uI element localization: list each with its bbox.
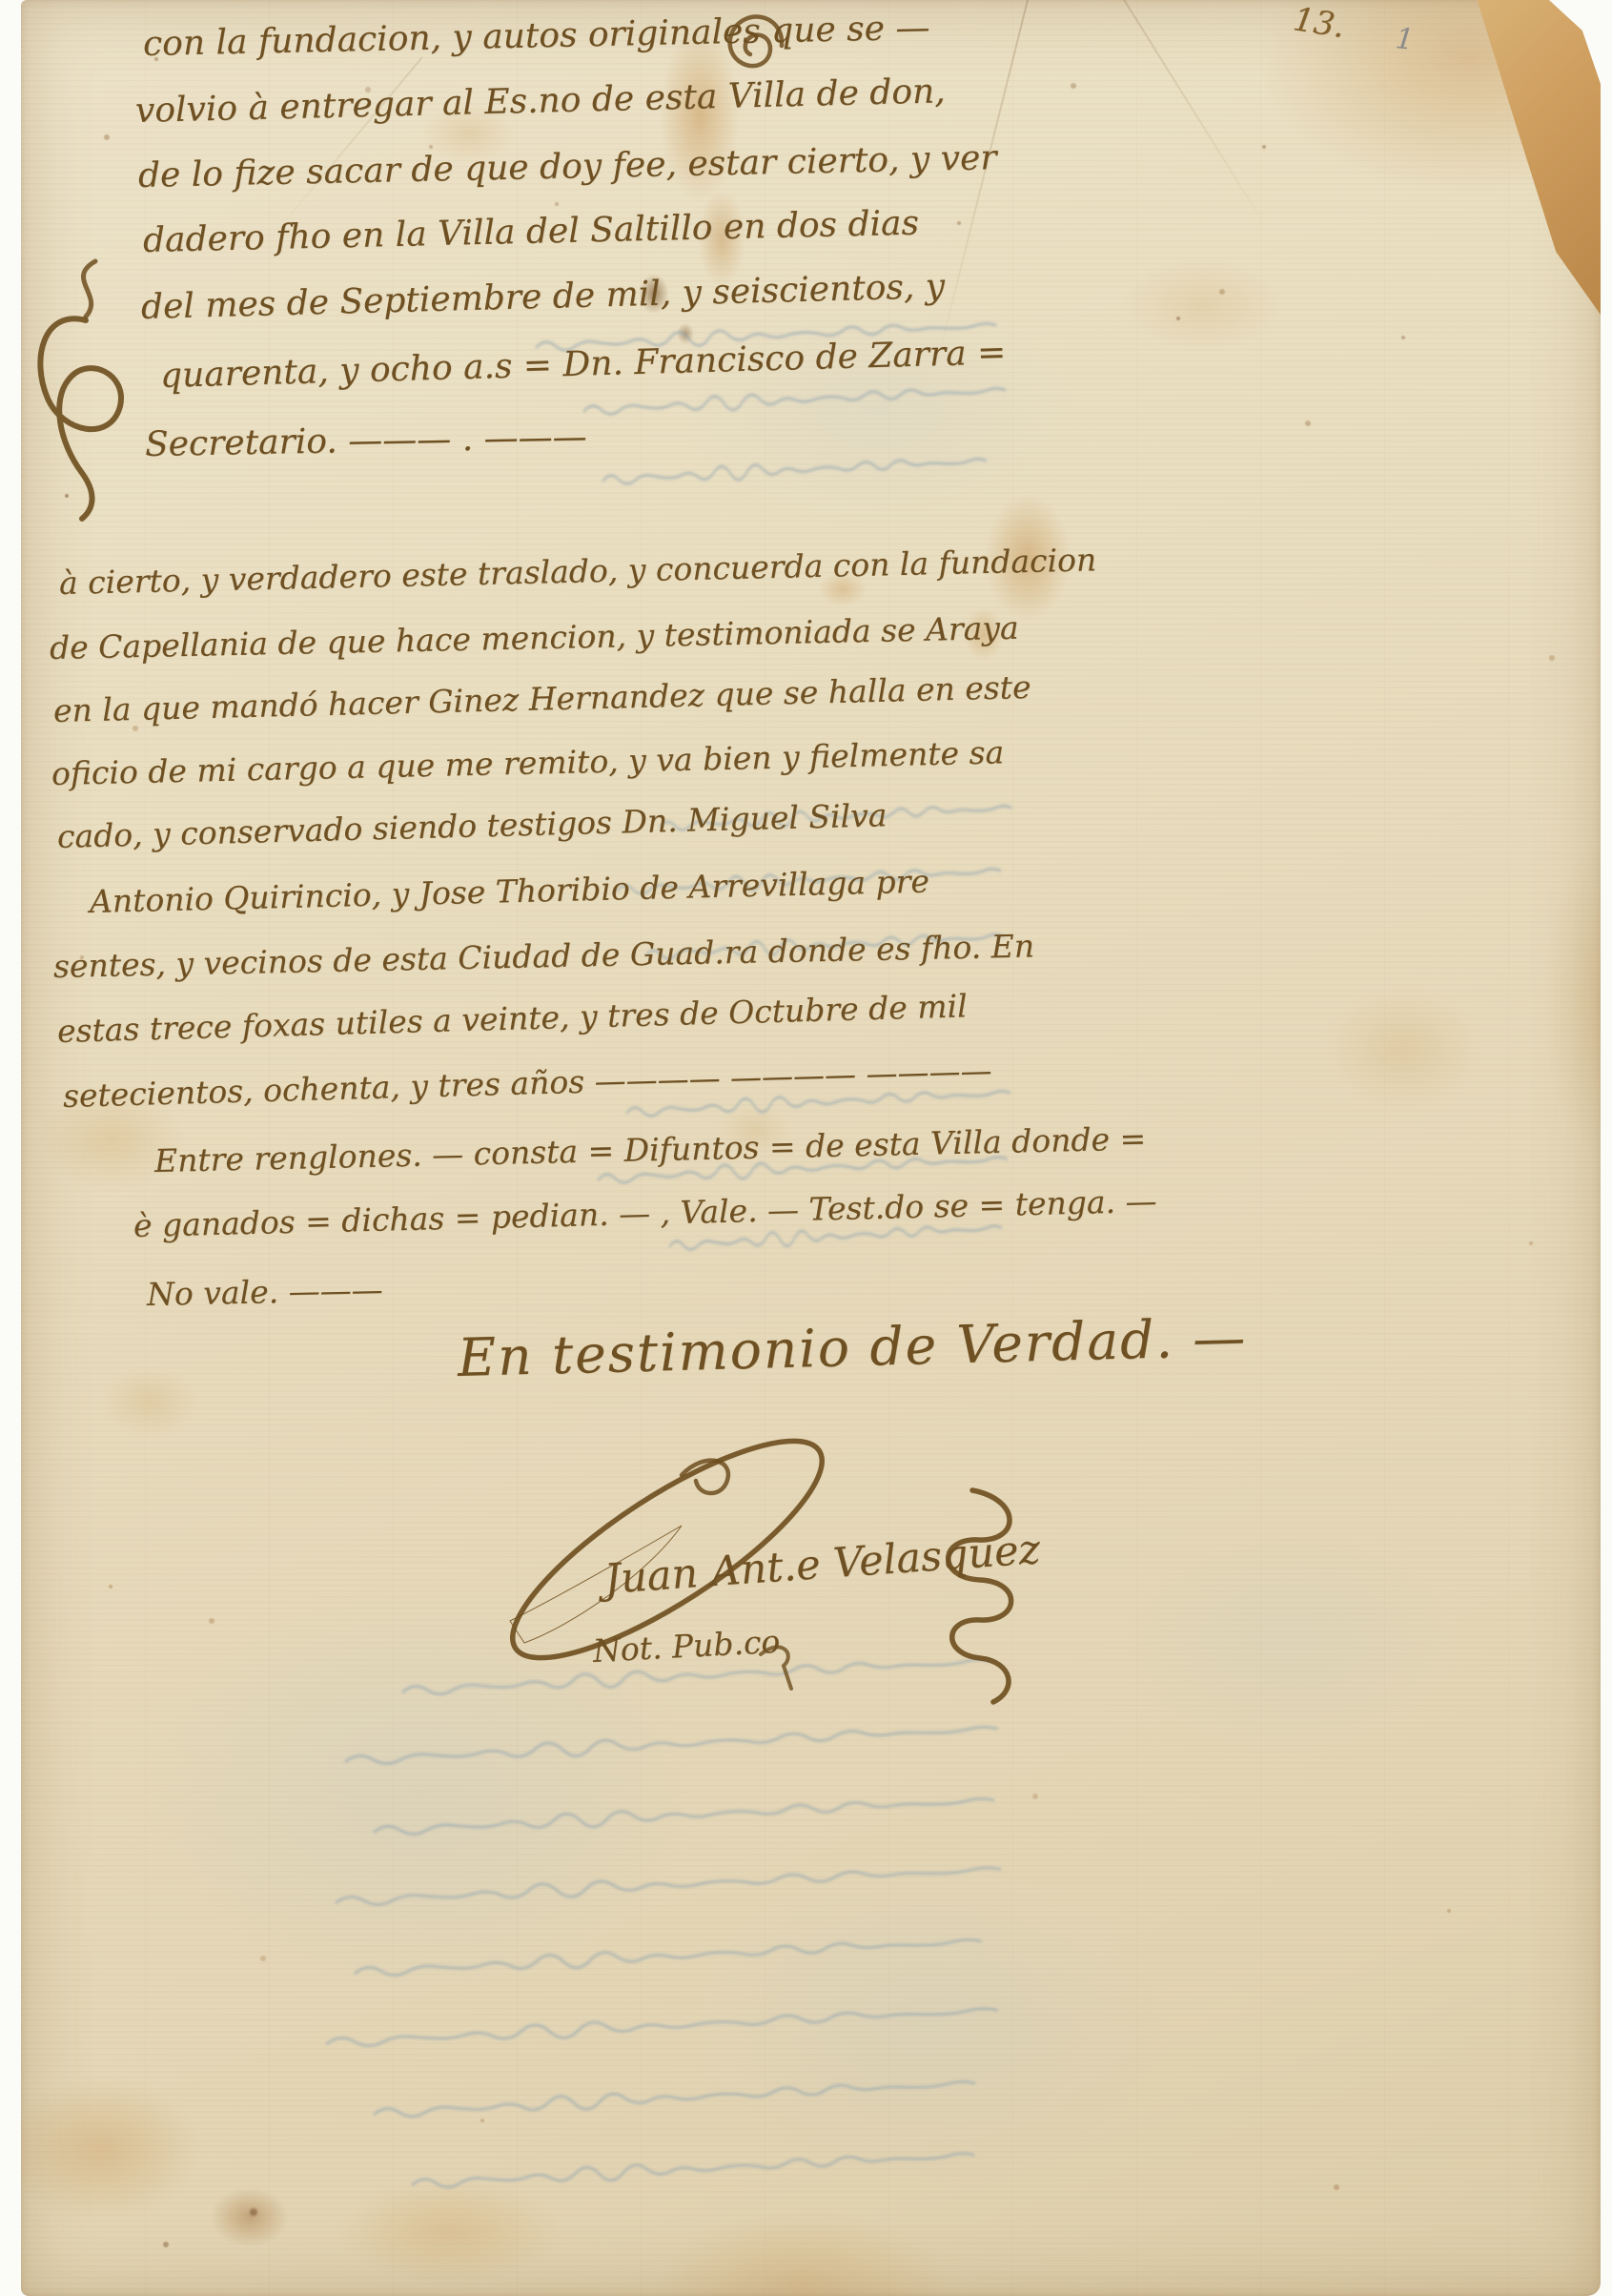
manuscript-line: volvio à entregar al Es.no de esta Villa… xyxy=(134,72,946,131)
manuscript-line: estas trece foxas utiles a veinte, y tre… xyxy=(56,987,968,1050)
manuscript-line: Secretario. ——— . ——— xyxy=(145,418,587,464)
paper-sheet: 13. 1 con la fundacion, y autos original… xyxy=(21,0,1601,2296)
manuscript-line: con la fundacion, y autos originales que… xyxy=(143,9,930,64)
manuscript-line: de lo fize sacar de que doy fee, estar c… xyxy=(138,138,997,195)
folio-number-pencil: 1 xyxy=(1394,22,1416,57)
manuscript-line: è ganados = dichas = pedian. — , Vale. —… xyxy=(133,1182,1157,1244)
manuscript-line: Antonio Quirincio, y Jose Thoribio de Ar… xyxy=(90,862,930,920)
manuscript-line: setecientos, ochenta, y tres años ———— —… xyxy=(62,1052,991,1115)
paper-crease xyxy=(934,0,1033,370)
signature-name: Juan Ant.e Velasquez xyxy=(602,1526,1041,1604)
manuscript-line: en la que mandó hacer Ginez Hernandez qu… xyxy=(53,668,1031,729)
manuscript-line: del mes de Septiembre de mil, y seiscien… xyxy=(140,267,945,327)
folio-number-ink: 13. xyxy=(1291,0,1348,46)
manuscript-line: à cierto, y verdadero este traslado, y c… xyxy=(59,541,1097,602)
manuscript-line: No vale. ——— xyxy=(147,1271,383,1313)
manuscript-scan-page: 13. 1 con la fundacion, y autos original… xyxy=(0,0,1612,2296)
manuscript-line: cado, y conservado siendo testigos Dn. M… xyxy=(56,796,887,855)
signature-title: Not. Pub.co xyxy=(592,1623,781,1670)
manuscript-line: de Capellania de que hace mencion, y tes… xyxy=(50,609,1019,666)
manuscript-line: quarenta, y ocho a.s = Dn. Francisco de … xyxy=(159,333,1006,396)
margin-rubric-icon xyxy=(27,254,151,530)
torn-corner-fold xyxy=(1429,0,1601,315)
manuscript-line: oficio de mi cargo a que me remito, y va… xyxy=(51,733,1005,792)
manuscript-line: Entre renglones. — consta = Difuntos = d… xyxy=(154,1119,1147,1179)
manuscript-line: sentes, y vecinos de esta Ciudad de Guad… xyxy=(53,927,1035,985)
attestation-line: En testimonio de Verdad. — xyxy=(457,1306,1248,1388)
manuscript-line: dadero fho en la Villa del Saltillo en d… xyxy=(143,204,920,260)
paper-crease xyxy=(1117,0,1271,234)
foxing-specks xyxy=(21,0,25,4)
